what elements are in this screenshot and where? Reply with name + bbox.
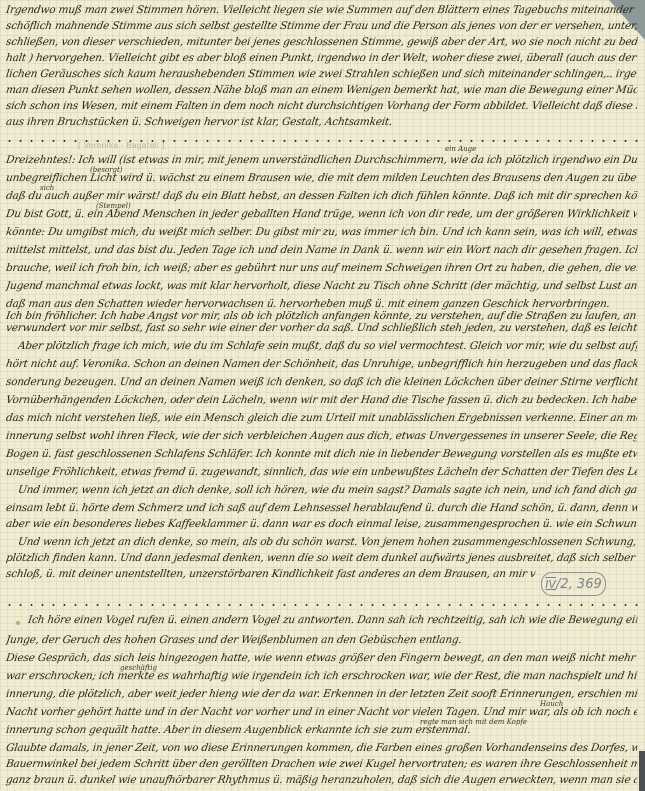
manuscript-line: sich schon ins Wesen, mit einem Falten i… xyxy=(5,100,638,113)
manuscript-line: Bauernwinkel bei jedem Schritt über den … xyxy=(5,758,638,771)
archive-stamp-roman: IV xyxy=(545,578,556,591)
manuscript-line: hört nicht auf. Veronika. Schon an deine… xyxy=(5,358,638,371)
archive-stamp-number: /2, 369 xyxy=(556,577,602,592)
manuscript-line: Bogen ü. fast geschlossenen Schlafens Sc… xyxy=(5,448,638,461)
manuscript-line: Aber plötzlich frage ich mich, wie du im… xyxy=(17,340,638,353)
manuscript-line: Und immer, wenn ich jetzt an dich denke,… xyxy=(17,484,638,497)
manuscript-line: war erschrocken; ich merkte es wahrhafti… xyxy=(5,670,638,683)
manuscript-line: brauche, weil ich froh bin, ich weiß; ab… xyxy=(5,262,638,275)
manuscript-line: verwundert vor mir selbst, fast so sehr … xyxy=(5,322,638,335)
manuscript-line: unbegreiflichen Licht wird ü. wächst zu … xyxy=(5,172,638,185)
paper-stain xyxy=(16,621,20,625)
pencil-note: [ Veronika - Bagatell ] xyxy=(78,141,165,150)
manuscript-line: lichen Geräusches sich kaum heraushebend… xyxy=(5,68,638,81)
archive-stamp: IV/2, 369 xyxy=(541,572,606,596)
manuscript-line: man diesen Punkt sehen wollen, dessen Nä… xyxy=(5,84,638,97)
manuscript-line: Irgendwo muß man zwei Stimmen hören. Vie… xyxy=(5,4,638,17)
manuscript-line: Und wenn ich jetzt an dich denke, so mei… xyxy=(17,536,638,549)
manuscript-line: halt ) hervorgehen. Vielleicht gibt es a… xyxy=(5,52,638,65)
manuscript-line: Du bist Gott, ü. ein Abend Menschen in j… xyxy=(5,208,638,221)
manuscript-line: Junge, der Geruch des hohen Grases und d… xyxy=(5,634,638,647)
manuscript-line: könnte: Du umgibst mich, du weißt mich s… xyxy=(5,226,638,239)
manuscript-line: unselige Fröhlichkeit, etwas fremd ü. zu… xyxy=(5,466,638,479)
dotted-separator xyxy=(4,604,641,606)
manuscript-line: Ich höre einen Vogel rufen ü. einen ande… xyxy=(27,614,638,627)
manuscript-line: schließen, von dieser verschieden, mitun… xyxy=(5,36,638,49)
interlinear-insertion: ein Auge xyxy=(445,145,476,153)
manuscript-line: plötzlich finden kann. Und dann jedesmal… xyxy=(5,552,638,565)
manuscript-line: ganz braun ü. dunkel wie unaufhörbarer R… xyxy=(5,774,638,787)
manuscript-line: mittelst mittelst, und das bist du. Jede… xyxy=(5,244,638,257)
manuscript-line: aus ihren Bruchstücken ü. Schweigen herv… xyxy=(5,116,638,129)
manuscript-page: Irgendwo muß man zwei Stimmen hören. Vie… xyxy=(0,0,645,791)
manuscript-line: innerung selbst wohl ihren Fleck, wie de… xyxy=(5,430,638,443)
manuscript-line: Nacht vorher gehört hatte und in der Nac… xyxy=(5,706,638,719)
manuscript-line: Glaubte damals, in jener Zeit, von wo di… xyxy=(5,742,638,755)
manuscript-line: aber wie ein besonderes liebes Kaffeekla… xyxy=(5,518,638,531)
manuscript-line: innerung schon gequält hatte. Aber in di… xyxy=(5,724,638,737)
manuscript-line: einsam lebt ü. hörte dem Schmerz und ich… xyxy=(5,502,638,515)
manuscript-line: Vornüberhängenden Löckchen, oder dein Lä… xyxy=(5,394,638,407)
interlinear-insertion: regte man sich mit dem Kopfe xyxy=(420,718,527,726)
manuscript-line: Jugend manchmal etwas lockt, was mit kla… xyxy=(5,280,638,293)
manuscript-line: das mich nicht verstehen ließ, wie ein M… xyxy=(5,412,638,425)
manuscript-line: sonderung bezeugen. Und an deinen Namen … xyxy=(5,376,638,389)
scan-background-edge xyxy=(639,751,645,791)
manuscript-line: schöflich mahnende Stimme aus sich selbs… xyxy=(5,20,638,33)
manuscript-line: schloß, ü. mit deiner unentstellten, unz… xyxy=(5,568,536,581)
manuscript-line: Diese Gespräch, das sich leis hingezogen… xyxy=(5,652,638,665)
